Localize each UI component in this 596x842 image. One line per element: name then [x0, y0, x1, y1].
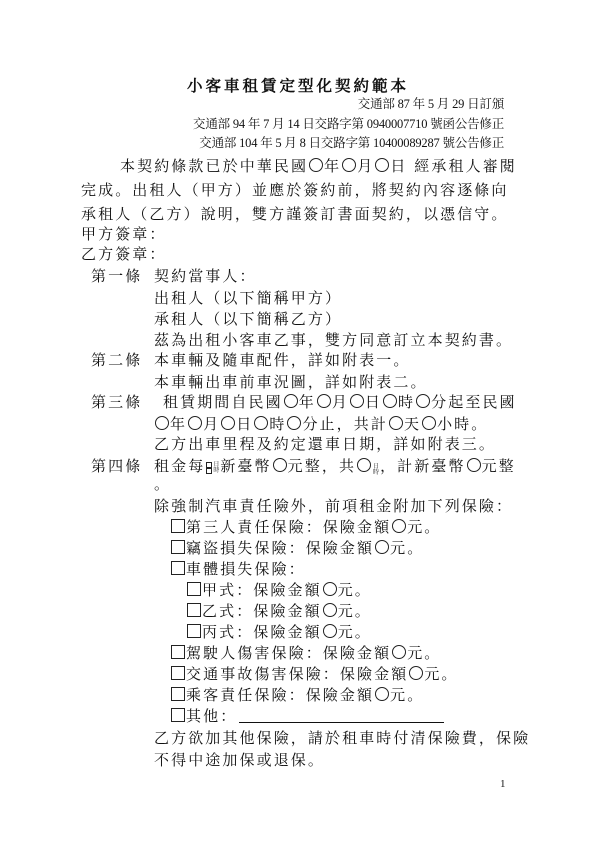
blank-circle[interactable]	[392, 519, 406, 533]
meta-line-2: 交通部 94 年 7 月 14 日交路字第 0940007710 號函公告修正	[193, 114, 504, 132]
checkbox[interactable]	[187, 603, 201, 617]
article-3-line-3: 乙方出車里程及約定還車日期，詳如附表三。	[154, 434, 496, 454]
party-a-signature: 甲方簽章：	[81, 224, 167, 244]
insurance-subitem: 丙式：保險金額元。	[187, 622, 372, 642]
blank-circle[interactable]	[375, 158, 389, 172]
insurance-item: 交通事故傷害保險：保險金額元。	[171, 664, 459, 684]
blank-circle[interactable]	[155, 416, 169, 430]
insurance-item: 竊盜損失保險：保險金額元。	[171, 538, 424, 558]
article-4-line-1: 租金每日時新臺幣元整，共日時，計新臺幣元整	[154, 456, 516, 476]
article-3-line-1: 租賃期間自民國年月日時分起至民國	[163, 392, 517, 412]
insurance-subitem: 甲式：保險金額元。	[187, 580, 372, 600]
article-2-line: 本車輛出車前車況圖，詳如附表二。	[154, 372, 428, 392]
preamble-line-1: 本契約條款已於中華民國年月日 經承租人審閱	[120, 156, 517, 176]
blank-circle[interactable]	[409, 666, 423, 680]
party-b-signature: 乙方簽章：	[81, 244, 167, 264]
checkbox[interactable]	[171, 666, 185, 680]
insurance-item-other: 其他：	[171, 706, 444, 726]
checkbox[interactable]	[187, 624, 201, 638]
blank-circle[interactable]	[188, 416, 202, 430]
page-number: 1	[500, 778, 506, 790]
blank-circle[interactable]	[284, 394, 298, 408]
article-1-line: 契約當事人：	[154, 266, 257, 286]
blank-circle[interactable]	[342, 158, 356, 172]
meta-line-3: 交通部 104 年 5 月 8 日交路字第 10400089287 號公告修正	[199, 133, 504, 151]
article-2-label: 第二條	[91, 350, 142, 370]
article-1-line: 茲為出租小客車乙事，雙方同意訂立本契約書。	[154, 330, 513, 350]
article-4-label: 第四條	[91, 456, 142, 476]
preamble-line-2: 完成。出租人（甲方）並應於簽約前，將契約內容逐條向	[81, 180, 509, 200]
blank-circle[interactable]	[383, 394, 397, 408]
checkbox[interactable]	[171, 687, 185, 701]
checkbox[interactable]	[187, 582, 201, 596]
article-3-line-2: 年月日時分止，共計天小時。	[154, 414, 488, 434]
article-2-line: 本車輛及隨車配件，詳如附表一。	[154, 350, 411, 370]
blank-circle[interactable]	[309, 158, 323, 172]
blank-circle[interactable]	[467, 458, 481, 472]
insurance-item: 駕駛人傷害保險：保險金額元。	[171, 643, 441, 663]
blank-circle[interactable]	[317, 394, 331, 408]
blank-circle[interactable]	[357, 458, 371, 472]
unit-day-hour-label: 日時	[373, 464, 379, 476]
checkbox[interactable]	[171, 561, 185, 575]
checkbox[interactable]	[171, 645, 185, 659]
blank-circle[interactable]	[323, 603, 337, 617]
blank-circle[interactable]	[389, 416, 403, 430]
insurance-intro: 除強制汽車責任險外，前項租金附加下列保險：	[154, 496, 513, 516]
checkbox[interactable]	[206, 468, 212, 474]
other-insurance-blank-line[interactable]	[239, 722, 444, 723]
closing-line-1: 乙方欲加其他保險，請於租車時付清保險費，保險	[154, 728, 530, 748]
insurance-subitem: 乙式：保險金額元。	[187, 601, 372, 621]
blank-circle[interactable]	[254, 416, 268, 430]
article-1-line: 出租人（以下簡稱甲方）	[154, 288, 342, 308]
blank-circle[interactable]	[287, 416, 301, 430]
blank-circle[interactable]	[273, 458, 287, 472]
blank-circle[interactable]	[350, 394, 364, 408]
blank-circle[interactable]	[323, 582, 337, 596]
blank-circle[interactable]	[416, 394, 430, 408]
blank-circle[interactable]	[375, 687, 389, 701]
checkbox[interactable]	[171, 540, 185, 554]
unit-day-hour-choice: 日時	[206, 462, 219, 474]
blank-circle[interactable]	[323, 624, 337, 638]
article-1-label: 第一條	[91, 266, 142, 286]
blank-circle[interactable]	[221, 416, 235, 430]
article-1-line: 承租人（以下簡稱乙方）	[154, 309, 342, 329]
meta-line-1: 交通部 87 年 5 月 29 日訂頒	[358, 94, 504, 112]
blank-circle[interactable]	[375, 540, 389, 554]
blank-circle[interactable]	[392, 645, 406, 659]
preamble-line-3: 承租人（乙方）說明，雙方謹簽訂書面契約，以憑信守。	[81, 204, 509, 224]
document-title: 小客車租賃定型化契約範本	[0, 74, 596, 96]
checkbox[interactable]	[171, 519, 185, 533]
closing-line-2: 不得中途加保或退保。	[154, 750, 325, 770]
insurance-item: 車體損失保險：	[171, 559, 306, 579]
insurance-item: 第三人責任保險：保險金額元。	[171, 517, 441, 537]
blank-circle[interactable]	[422, 416, 436, 430]
checkbox[interactable]	[171, 708, 185, 722]
article-4-line-1-end: 。	[154, 474, 171, 494]
article-3-label: 第三條	[91, 392, 142, 412]
insurance-item: 乘客責任保險：保險金額元。	[171, 685, 424, 705]
